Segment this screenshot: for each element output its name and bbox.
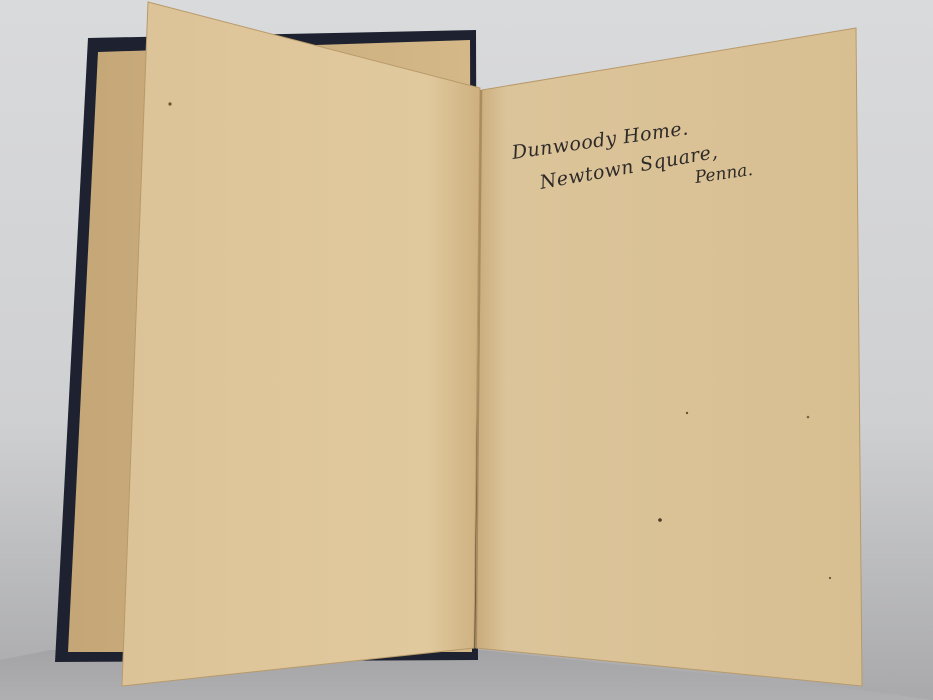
speck xyxy=(807,416,810,419)
book-photo: Dunwoody Home. Newtown Square, Penna. xyxy=(0,0,933,700)
speck xyxy=(829,577,831,579)
speck xyxy=(658,518,662,522)
speck xyxy=(686,412,688,414)
left-page xyxy=(122,2,480,686)
book-illustration xyxy=(0,0,933,700)
speck xyxy=(168,102,171,105)
